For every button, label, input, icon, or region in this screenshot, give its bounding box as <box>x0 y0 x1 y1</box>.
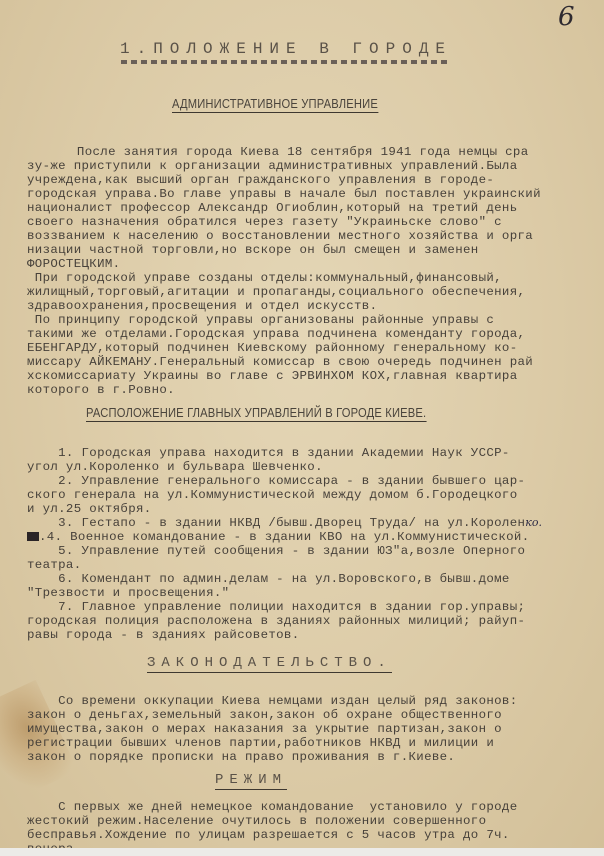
text-line: 5. Управление путей сообщения - в здании… <box>27 544 525 558</box>
text-line: 1. Городская управа находится в здании А… <box>27 446 510 460</box>
text-line: закон о порядке прописки на право прожив… <box>27 750 455 764</box>
text-line: По принципу городской управы организован… <box>27 313 494 327</box>
section-heading-locations: РАСПОЛОЖЕНИЕ ГЛАВНЫХ УПРАВЛЕНИЙ В ГОРОДЕ… <box>86 405 426 422</box>
text-line: и ул.25 октября. <box>27 502 152 516</box>
handwritten-correction: ко. <box>525 516 542 529</box>
text-line: После занятия города Киева 18 сентября 1… <box>38 145 529 159</box>
handwritten-page-number: 6 <box>558 2 575 32</box>
text-line: 3. Гестапо - в здании НКВД /бывш.Дворец … <box>27 516 525 530</box>
text-line: жестокий режим.Население очутилось в пол… <box>27 814 486 828</box>
text-line: имущества,закон о мерах наказания за укр… <box>27 722 502 736</box>
text-line: бесправья.Хождение по улицам разрешается… <box>27 828 510 842</box>
document-page: 6 1.ПОЛОЖЕНИЕ В ГОРОДЕ АДМИНИСТРАТИВНОЕ … <box>0 0 604 848</box>
text-line: регистрации бывших членов партии,работни… <box>27 736 494 750</box>
text-line: "Трезвости и просвещения." <box>27 586 229 600</box>
text-line: миссару АЙКЕМАНУ.Генеральный комиссар в … <box>27 355 533 369</box>
text-line: здравоохранения,просвещения и отдел иску… <box>27 299 377 313</box>
text-line: своего назначения обратился через газету… <box>27 215 502 229</box>
text-line: ЕБЕНГАРДУ,который подчинен Киевскому рай… <box>27 341 518 355</box>
text-line: такими же отделами.Городская управа подч… <box>27 327 525 341</box>
text-line: 2. Управление генерального комиссара - в… <box>27 474 525 488</box>
text-line: равы города - в зданиях райсоветов. <box>27 628 300 642</box>
text-line: 7. Главное управление полиции находится … <box>27 600 525 614</box>
text-line: националист профессор Александр Огиоблин… <box>27 201 518 215</box>
redaction-mark <box>27 532 39 541</box>
text-line: ского генерала на ул.Коммунистической ме… <box>27 488 518 502</box>
text-line: городская управа.Во главе управы в начал… <box>27 187 541 201</box>
text-line-with-annotation: 3. Гестапо - в здании НКВД /бывш.Дворец … <box>27 516 542 530</box>
text-line: хскомиссариату Украины во главе с ЭРВИНХ… <box>27 369 518 383</box>
text-line: жилищный,торговый,агитации и пропаганды,… <box>27 285 525 299</box>
text-line: которого в г.Ровно. <box>27 383 175 397</box>
title-double-underline <box>121 60 447 64</box>
text-line: воззванием к населению о восстановлении … <box>27 229 533 243</box>
text-line: .4. Военное командование - в здании КВО … <box>39 530 530 544</box>
text-line: 6. Комендант по админ.делам - на ул.Воро… <box>27 572 510 586</box>
text-line: С первых же дней немецкое командование у… <box>27 800 518 814</box>
text-line: угол ул.Короленко и бульвара Шевченко. <box>27 460 323 474</box>
text-line: учреждена,как высший орган гражданского … <box>27 173 494 187</box>
text-line: Со времени оккупации Киева немцами издан… <box>27 694 518 708</box>
text-line: театра. <box>27 558 82 572</box>
text-line: низации частной торговли,но вскоре он бы… <box>27 243 479 257</box>
text-line: При городской управе созданы отделы:комм… <box>27 271 502 285</box>
text-line: закон о деньгах,земельный закон,закон об… <box>27 708 502 722</box>
text-line: городская полиция расположена в зданиях … <box>27 614 525 628</box>
scan-bottom-margin <box>0 848 604 856</box>
document-title: 1.ПОЛОЖЕНИЕ В ГОРОДЕ <box>120 40 452 58</box>
section-heading-admin: АДМИНИСТРАТИВНОЕ УПРАВЛЕНИЕ <box>172 96 378 113</box>
text-line-with-redaction: .4. Военное командование - в здании КВО … <box>27 530 530 544</box>
section-heading-regime: РЕЖИМ <box>215 772 287 790</box>
text-line: зу-же приступили к организации администр… <box>27 159 518 173</box>
text-line: ФОРОСТЕЦКИМ. <box>27 257 120 271</box>
section-heading-legislation: ЗАКОНОДАТЕЛЬСТВО. <box>147 655 392 673</box>
